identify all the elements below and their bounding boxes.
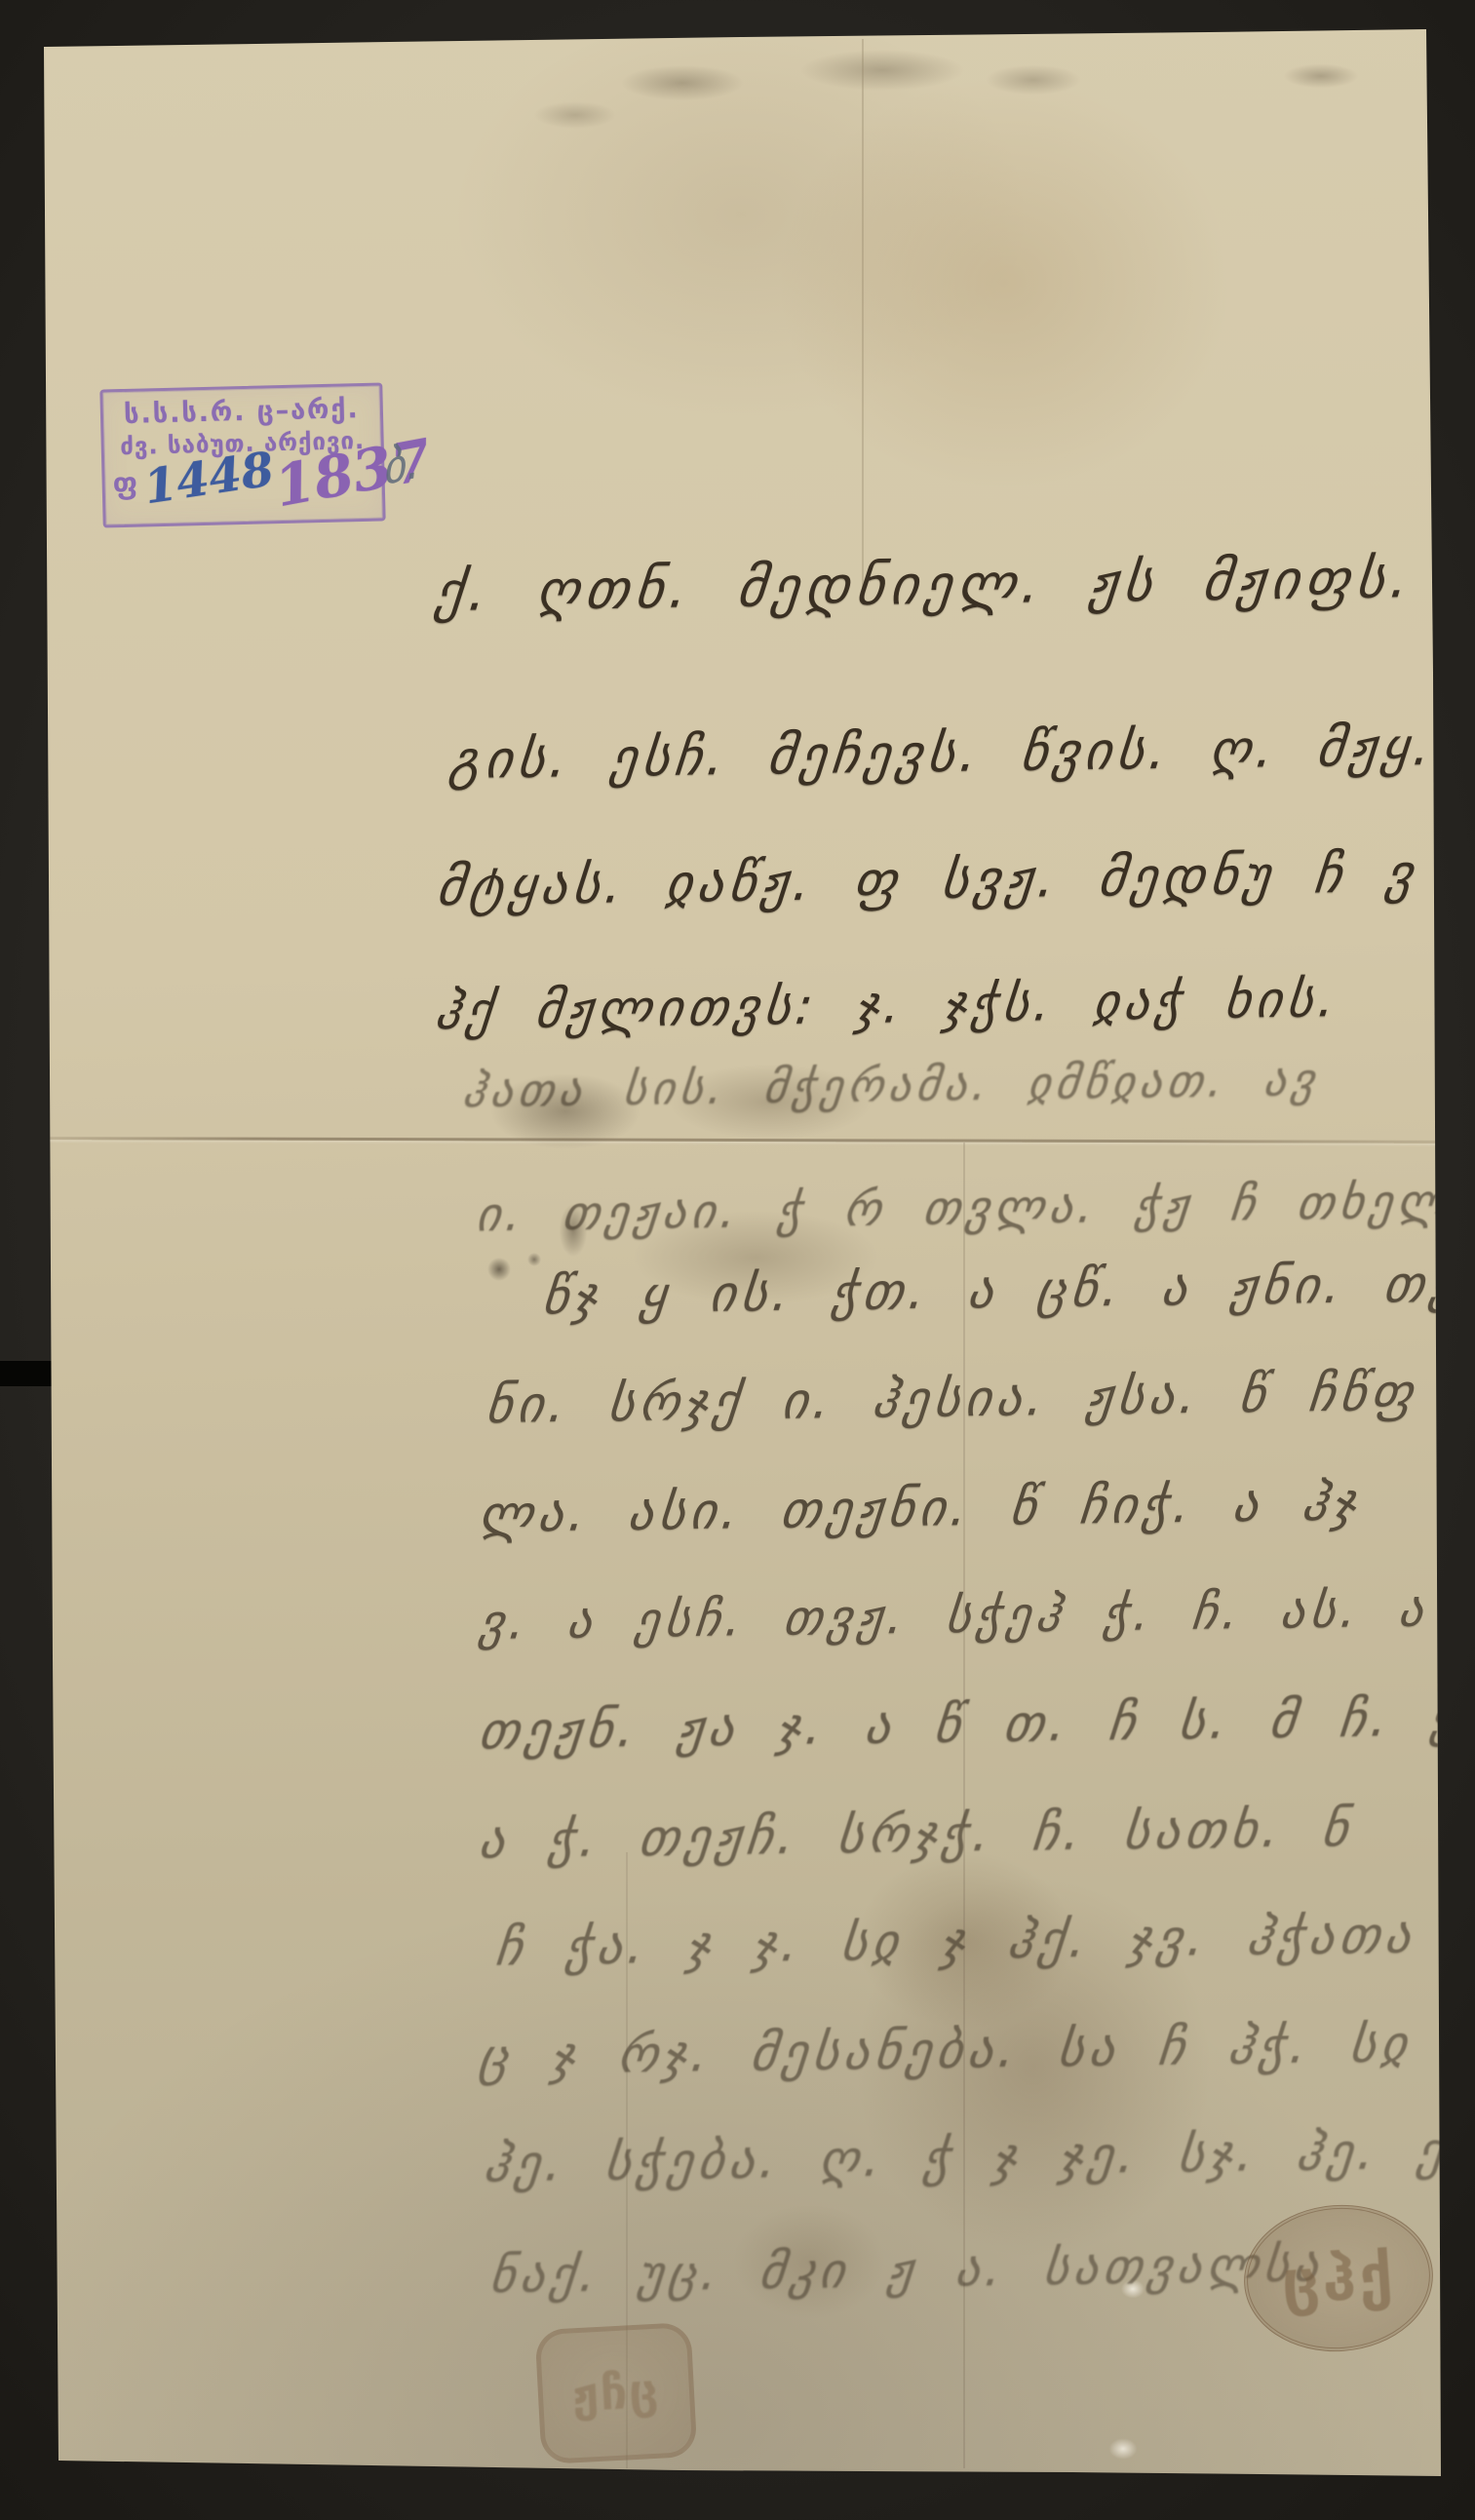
manuscript-line: ც ჯ რჯ. მესანება. სა ჩ ჰჭ. სჲ [476,2015,1415,2086]
manuscript-line: ნაქ. უც. მკი ჟ ა. სათვალსა [487,2235,1327,2304]
manuscript-line: ქ. ღთნ. მედნიელ. ჟს მჟიფს. ჭ ხ [432,545,1475,624]
manuscript-line: გის. ესჩ. მეჩევს. წვის. ღ. მჟყ. [446,716,1438,791]
manuscript-line: ჩ ჭა. ჯ ჯ. სჲ ჯ ჰქ. ჯვ. ჰჭათა [492,1906,1418,1977]
pencil-annotation: ბ. [381,435,421,495]
manuscript-line: ჰათა სის. მჭერამა. ჲმწჲათ. ავ [460,1053,1322,1117]
manuscript-line: ნი. სრჯქ ი. ჰესია. ჟსა. წ ჩწფ [483,1364,1420,1435]
wax-seal-oval: ცჰქ [1239,2198,1438,2357]
archive-stamp: ს.ს.ს.რ. ც–არქ. ძვ. საბუთ. არქივი. ფ 144… [99,382,385,527]
wax-seal-square: ჟჩც [534,2322,697,2464]
manuscript-line: ი. თეჟაი. ჭ რ თვლა. ჭჟ ჩ თხელ ის. [474,1172,1475,1242]
scan-background: ს.ს.ს.რ. ც–არქ. ძვ. საბუთ. არქივი. ფ 144… [0,0,1475,2520]
document-page: ს.ს.ს.რ. ც–არქ. ძვ. საბუთ. არქივი. ფ 144… [0,0,1475,2520]
manuscript-line: ლა. ასი. თეჟნი. წ ჩიჭ. ა ჰჯ [476,1473,1363,1544]
manuscript-line: წჯ ყ ის. ჭთ. ა ცწ. ა ჟნი. თემ [539,1254,1475,1326]
stamp-number-row: ფ 1448 1837 [110,454,376,520]
manuscript-line: ჰქ მჟლითვს: ჯ. ჯჭს. ჲაჭ ხის. [432,970,1342,1041]
seal-letters: ჟჩც [571,2364,662,2423]
manuscript-line: თეჟნ. ჟა ჯ. ა წ თ. ჩ ს. მ ჩ. ჭ [476,1688,1464,1761]
manuscript-line: მტყას. ჲაწჟ. ფ სვჟ. მედნუ ჩ ვ [434,842,1421,917]
manuscript-line: ჰე. სჭება. ღ. ჭ ჯ ჯე. სჯ. ჰე. ქმ [481,2121,1475,2193]
fold-crease-vertical-top [862,39,864,604]
seal-letters: ცჰქ [1279,2239,1397,2318]
manuscript-line: ვ. ა ესჩ. თვჟ. სჭეჰ ჭ. ჩ. ას. ა ჭჩ [477,1579,1475,1650]
backing-gap [0,1361,58,1386]
stamp-fond-label: ფ [112,466,137,501]
manuscript-line: ა ჭ. თეჟჩ. სრჯჭ. ჩ. სათხ. ნ [476,1799,1356,1870]
fold-crease-horizontal [45,1137,1439,1144]
